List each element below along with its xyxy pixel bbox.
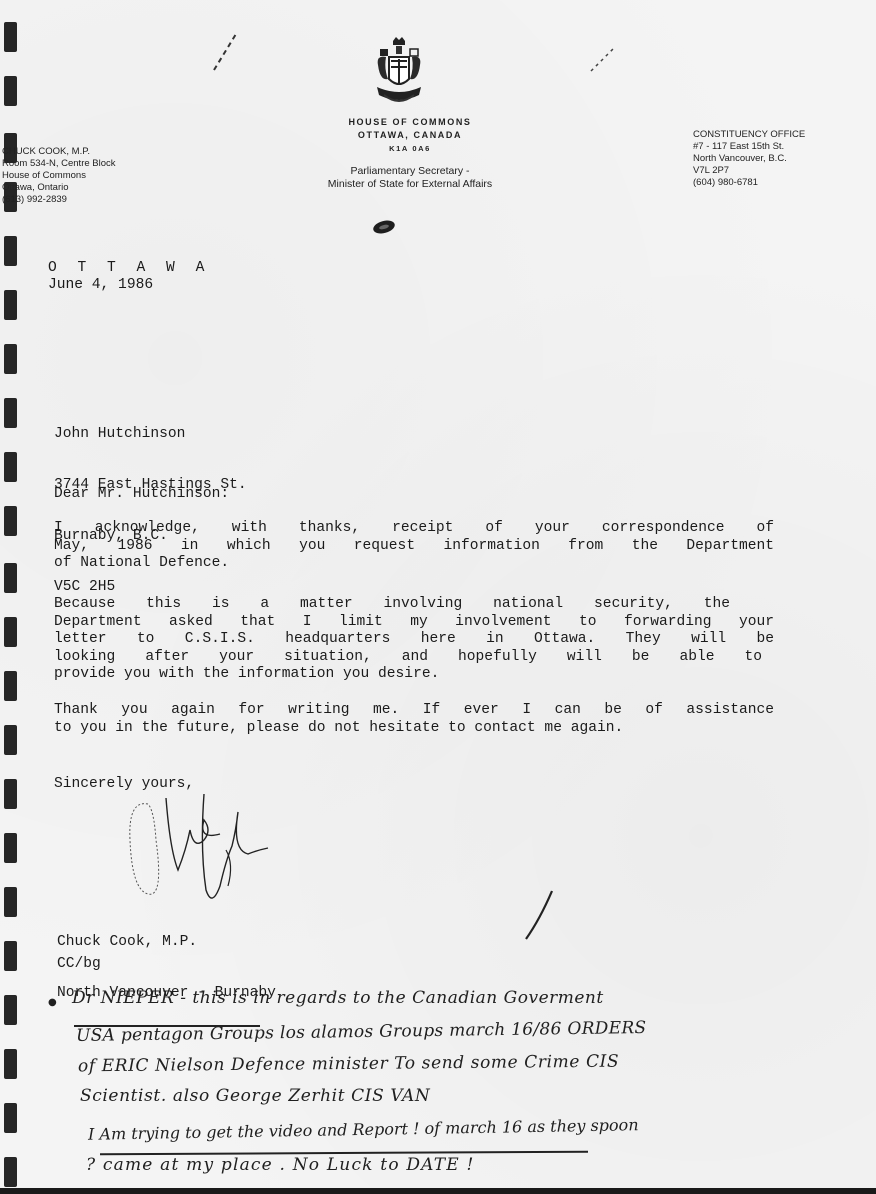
binder-hole [4,506,17,536]
paragraph-line: of National Defence. [54,555,774,573]
binder-hole [4,995,17,1025]
note-line: of ERIC Nielson Defence minister To send… [78,1052,619,1077]
note-line: I Am trying to get the video and Report … [88,1115,639,1144]
pen-mark-icon [520,885,560,945]
constituency-postal: V7L 2P7 [693,165,805,177]
binder-hole [4,725,17,755]
constituency-street: #7 - 117 East 15th St. [693,141,805,153]
note-line: Dr NIEPER - this is in regards to the Ca… [72,988,604,1008]
paragraph-line: Thank you again for writing me. If ever … [54,702,774,720]
salutation: Dear Mr. Hutchinson: [54,486,229,503]
binder-hole [4,941,17,971]
note-line: ? came at my place . No Luck to DATE ! [86,1155,475,1175]
paragraph-line: Department asked that I limit my involve… [54,614,774,632]
note-line: Scientist. also George Zerhit CIS VAN [80,1086,430,1106]
paragraph-acknowledgement: I acknowledge, with thanks, receipt of y… [54,520,774,573]
recipient-name: John Hutchinson [54,426,247,443]
constituency-city: North Vancouver, B.C. [693,153,805,165]
binder-hole [4,344,17,374]
constituency-address-block: CONSTITUENCY OFFICE #7 - 117 East 15th S… [693,129,805,189]
binder-hole [4,398,17,428]
paragraph-line: May, 1986 in which you request informati… [54,538,774,556]
constituency-phone: (604) 980-6781 [693,177,805,189]
institution-name: HOUSE OF COMMONS [290,116,530,129]
binder-hole [4,1049,17,1079]
position-line: Minister of State for External Affairs [290,178,530,191]
position-line: Parliamentary Secretary - [290,165,530,178]
typist-initials: CC/bg [57,956,101,973]
sender-building: House of Commons [2,170,116,182]
letter-date: June 4, 1986 [48,277,153,294]
position-title: Parliamentary Secretary - Minister of St… [290,165,530,191]
recipient-block: John Hutchinson 3744 East Hastings St. B… [54,392,247,630]
binder-hole [4,76,17,106]
pen-mark-icon [210,30,240,74]
binder-hole [4,22,17,52]
institution-postal: K1A 0A6 [290,142,530,155]
binder-hole [4,1103,17,1133]
sender-room: Room 534-N, Centre Block [2,158,116,170]
sender-city: Ottawa, Ontario [2,182,116,194]
paragraph-line: provide you with the information you des… [54,666,774,684]
paragraph-line: to you in the future, please do not hesi… [54,720,774,738]
binder-hole [4,833,17,863]
binder-hole [4,779,17,809]
binder-hole [4,887,17,917]
sender-address-block: CHUCK COOK, M.P. Room 534-N, Centre Bloc… [2,146,116,206]
constituency-heading: CONSTITUENCY OFFICE [693,129,805,141]
scan-edge [0,1188,876,1194]
sender-phone: (613) 992-2839 [2,194,116,206]
ink-smudge-icon [369,219,397,235]
paragraph-line: letter to C.S.I.S. headquarters here in … [54,631,774,649]
paragraph-closing: Thank you again for writing me. If ever … [54,702,774,737]
paragraph-line: looking after your situation, and hopefu… [54,649,762,667]
binder-hole [4,617,17,647]
binder-hole [4,290,17,320]
signatory-name: Chuck Cook, M.P. [57,934,276,951]
binder-hole [4,563,17,593]
pen-mark-icon [588,44,618,74]
binder-hole [4,1157,17,1187]
bullet-dot-icon: ● [48,997,57,1008]
binder-hole [4,671,17,701]
sender-name: CHUCK COOK, M.P. [2,146,116,158]
coat-of-arms-icon [372,35,426,109]
binder-hole [4,452,17,482]
institution-city: OTTAWA, CANADA [290,129,530,142]
binder-hole [4,236,17,266]
recipient-postal: V5C 2H5 [54,579,247,596]
letter-city: O T T A W A [48,260,210,277]
letterhead-center: HOUSE OF COMMONS OTTAWA, CANADA K1A 0A6 … [290,116,530,191]
paragraph-line: I acknowledge, with thanks, receipt of y… [54,520,774,538]
paragraph-line: Because this is a matter involving natio… [54,596,730,614]
scanned-letter-page: CHUCK COOK, M.P. Room 534-N, Centre Bloc… [0,0,876,1194]
paragraph-national-security: Because this is a matter involving natio… [54,596,774,684]
